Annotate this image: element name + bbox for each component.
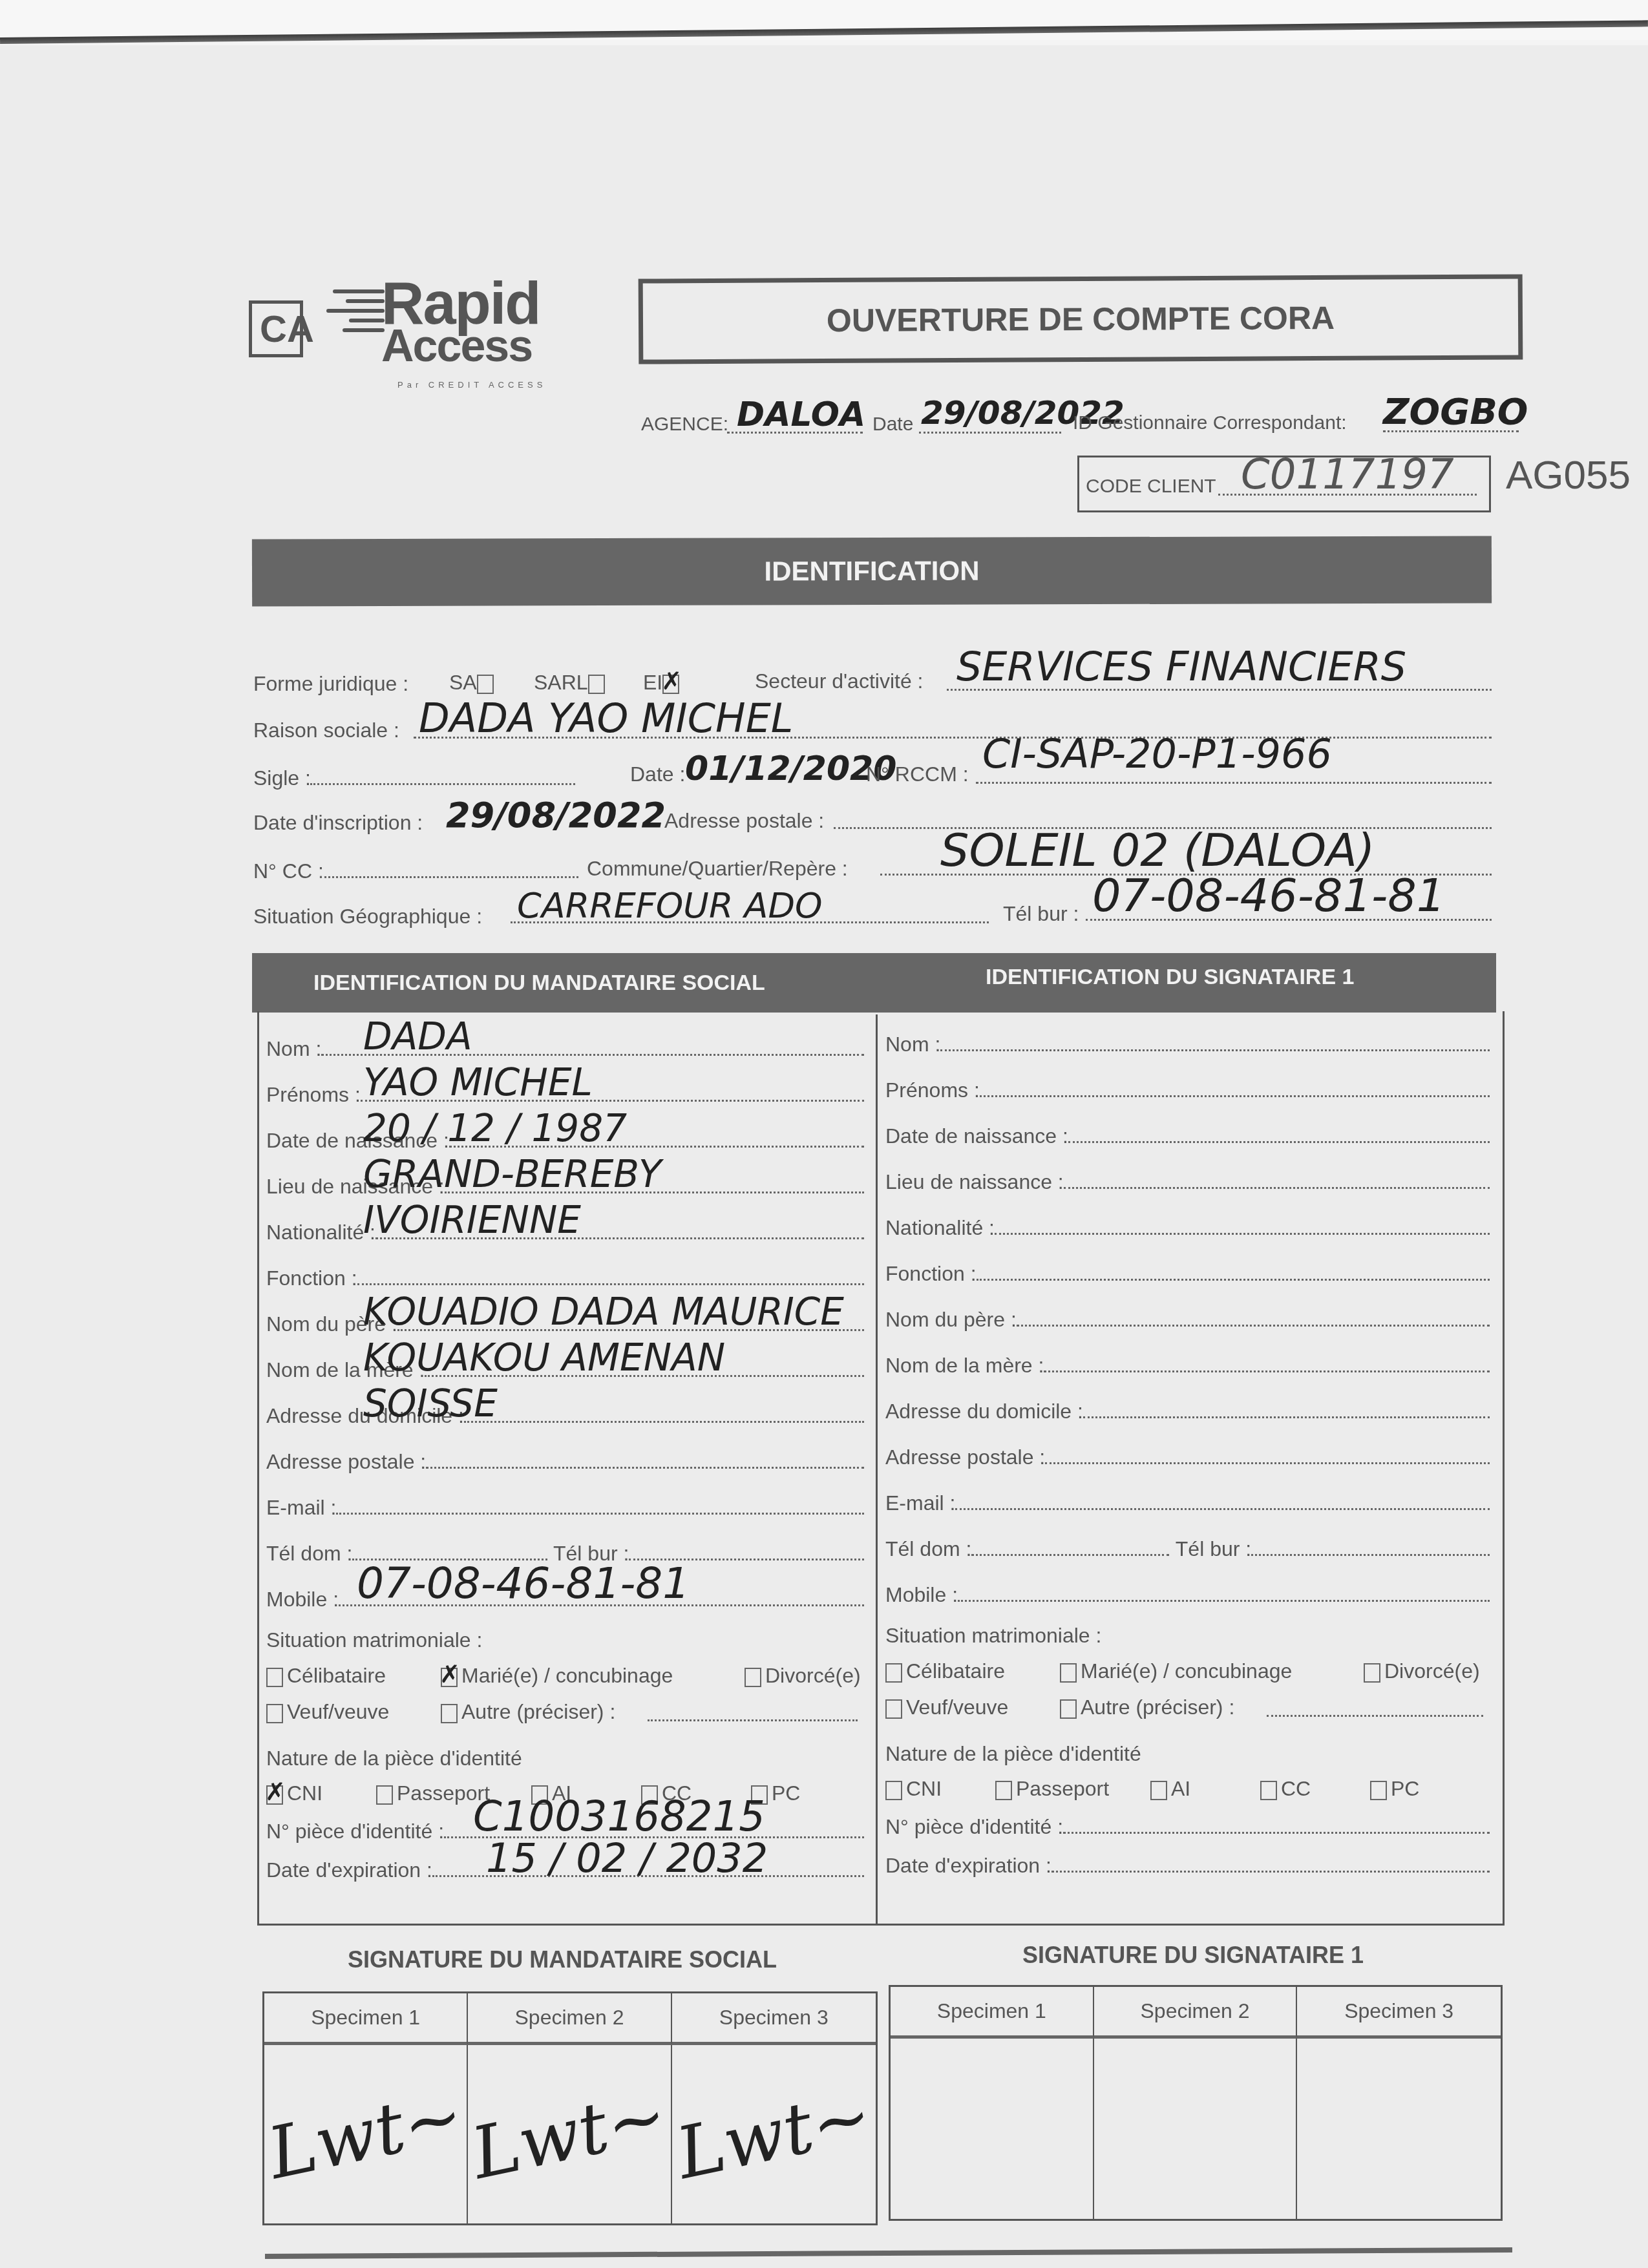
mandataire-field-label: Nom : — [266, 1037, 321, 1061]
mandataire-field-value[interactable]: IVOIRIENNE — [363, 1198, 581, 1242]
form-title: OUVERTURE DE COMPTE CORA — [827, 299, 1335, 339]
signataire-num-piece-row: N° pièce d'identité : — [885, 1800, 1490, 1839]
mandataire-field-label: Prénoms : — [266, 1083, 361, 1107]
date-inscription-field[interactable]: 29/08/2022 — [446, 795, 666, 835]
signataire-field-row: E-mail : — [885, 1476, 1490, 1515]
signataire-tel-dom[interactable]: Tél dom : — [885, 1522, 1169, 1561]
signature: Lwt~ — [261, 2074, 470, 2195]
rccm-field[interactable]: CI-SAP-20-P1-966 — [982, 730, 1332, 777]
signataire-field-label: Date de naissance : — [885, 1124, 1068, 1148]
secteur-label: Secteur d'activité : — [755, 669, 923, 693]
signataire-field-row: Nom : — [885, 1018, 1490, 1056]
mandataire-field-value[interactable]: GRAND-BEREBY — [363, 1152, 661, 1196]
mandataire-num-piece-field[interactable]: C1003168215 — [473, 1793, 765, 1841]
signataire-situation-option[interactable]: Célibataire — [885, 1659, 1005, 1683]
secteur-field[interactable]: SERVICES FINANCIERS — [956, 643, 1406, 690]
signataire-situation-option[interactable]: Divorcé(e) — [1364, 1659, 1480, 1683]
situation-geo-field[interactable]: CARREFOUR ADO — [517, 885, 823, 926]
specimen-header: Specimen 1 — [891, 1987, 1094, 2039]
identification-persons-header: IDENTIFICATION DU MANDATAIRE SOCIAL IDEN… — [252, 953, 1496, 1013]
signataire-situation-option[interactable]: Marié(e) / concubinage — [1060, 1659, 1292, 1683]
signataire-piece-option[interactable]: PC — [1370, 1777, 1419, 1801]
signature-box[interactable]: Lwt~ — [468, 2045, 671, 2223]
date-line — [919, 432, 1061, 434]
signataire-field-row: Nationalité : — [885, 1201, 1490, 1240]
code-client-box: CODE CLIENT C0117197 — [1077, 456, 1491, 512]
forme-juridique-label: Forme juridique : — [253, 672, 408, 696]
checkbox-checked-icon — [662, 675, 679, 694]
rapid-access-logo: CA Rapid Access Par CREDIT ACCESS — [249, 284, 559, 401]
gestionnaire-field[interactable]: ZOGBO — [1383, 391, 1528, 433]
gestionnaire-label: ID Gestionnaire Correspondant: — [1073, 412, 1347, 434]
specimen-header: Specimen 3 — [1297, 1987, 1501, 2039]
mandataire-situation-option[interactable]: Veuf/veuve — [266, 1700, 389, 1724]
signataire-field-label: Fonction : — [885, 1262, 977, 1286]
signataire-field-line — [1045, 1457, 1490, 1464]
checkbox-icon — [588, 675, 605, 694]
specimen-header: Specimen 2 — [1094, 1987, 1298, 2039]
signature-box[interactable]: Lwt~ — [264, 2045, 468, 2223]
mandataire-field-line — [336, 1507, 864, 1515]
checkbox-icon — [1370, 1781, 1387, 1800]
checkbox-icon — [441, 1704, 458, 1723]
signataire-specimen-table: Specimen 1Specimen 2Specimen 3 — [889, 1985, 1503, 2221]
raison-sociale-label: Raison sociale : — [253, 719, 399, 742]
signature-box[interactable] — [1094, 2039, 1298, 2219]
date-creation-label: Date : — [630, 762, 685, 786]
signataire-piece-option[interactable]: CNI — [885, 1777, 942, 1801]
signataire-field-row: Lieu de naissance : — [885, 1155, 1490, 1194]
checkbox-icon — [1060, 1699, 1077, 1719]
mandataire-situation-option[interactable]: Célibataire — [266, 1664, 386, 1688]
signataire-field-line — [1017, 1319, 1490, 1327]
signataire-field-label: Nom du père : — [885, 1308, 1017, 1332]
signataire-field-line — [940, 1044, 1490, 1051]
tel-bur-label: Tél bur : — [1003, 902, 1079, 926]
form-title-box: OUVERTURE DE COMPTE CORA — [639, 274, 1523, 364]
checkbox-icon — [745, 1668, 761, 1687]
signataire-field-label: Nom : — [885, 1033, 940, 1056]
mandataire-field-value[interactable]: SOISSE — [363, 1381, 498, 1425]
signataire-situation-option[interactable]: Autre (préciser) : — [1060, 1696, 1234, 1719]
specimen-header: Specimen 1 — [264, 1993, 468, 2045]
forme-sa-checkbox[interactable]: SA — [449, 671, 498, 695]
checkbox-icon — [885, 1699, 902, 1719]
checkbox-icon — [1364, 1663, 1380, 1683]
forme-ei-checkbox[interactable]: EI — [643, 671, 683, 695]
specimen-header: Specimen 2 — [468, 1993, 671, 2045]
signataire-situation-option[interactable]: Veuf/veuve — [885, 1696, 1008, 1719]
mandataire-situation-label: Situation matrimoniale : — [266, 1628, 482, 1652]
checkbox-icon — [266, 1704, 283, 1723]
mandataire-field-value[interactable]: YAO MICHEL — [363, 1060, 593, 1104]
rccm-label: N° RCCM : — [866, 762, 969, 786]
code-client-field[interactable]: C0117197 — [1241, 451, 1454, 499]
date-label: Date — [872, 414, 913, 436]
mandataire-specimen-table: Specimen 1Specimen 2Specimen 3Lwt~Lwt~Lw… — [262, 1991, 878, 2225]
checkbox-icon — [885, 1663, 902, 1683]
signataire-field-line — [980, 1090, 1490, 1097]
checkbox-icon — [441, 1668, 458, 1687]
signataire-field-label: Adresse postale : — [885, 1445, 1045, 1469]
signataire-field-line — [995, 1228, 1490, 1235]
signature: Lwt~ — [465, 2074, 674, 2195]
signataire-tel-bur[interactable]: Tél bur : — [1176, 1522, 1490, 1561]
signataire-piece-label: Nature de la pièce d'identité — [885, 1742, 1141, 1766]
mandataire-signature-title: SIGNATURE DU MANDATAIRE SOCIAL — [348, 1946, 777, 1973]
signataire-field-row: Adresse du domicile : — [885, 1385, 1490, 1423]
speed-lines-icon — [326, 289, 385, 341]
signataire-field-row: Fonction : — [885, 1247, 1490, 1286]
identification-header: IDENTIFICATION — [252, 536, 1492, 606]
mandataire-field-row: E-mail : — [266, 1481, 864, 1520]
mandataire-field-value[interactable]: KOUAKOU AMENAN — [363, 1336, 725, 1380]
signataire-piece-option[interactable]: Passeport — [995, 1777, 1109, 1801]
mandataire-field-label: Nationalité : — [266, 1221, 375, 1244]
situation-geo-label: Situation Géographique : — [253, 905, 482, 929]
mandataire-field-value[interactable]: KOUADIO DADA MAURICE — [363, 1290, 844, 1334]
signataire-piece-option[interactable]: AI — [1150, 1777, 1190, 1801]
mandataire-field-label: E-mail : — [266, 1496, 336, 1520]
signataire-field-line — [1068, 1136, 1490, 1143]
mandataire-field-row: Fonction : — [266, 1252, 864, 1290]
signataire-field-row: Nom du père : — [885, 1293, 1490, 1332]
signataire-field-line — [955, 1503, 1490, 1510]
mandataire-field-label: Adresse postale : — [266, 1450, 426, 1474]
mandataire-field-row: Adresse du domicile : — [266, 1389, 864, 1428]
signataire-field-line — [977, 1274, 1490, 1281]
mandataire-piece-label: Nature de la pièce d'identité — [266, 1747, 522, 1770]
signataire-autre-field[interactable] — [1267, 1715, 1483, 1717]
date-creation-field[interactable]: 01/12/2020 — [685, 750, 896, 788]
mandataire-field-value[interactable]: 20 / 12 / 1987 — [363, 1106, 627, 1150]
checkbox-icon — [1260, 1781, 1277, 1800]
signataire-field-label: Nom de la mère : — [885, 1354, 1044, 1378]
margin-note: AG055 — [1506, 452, 1631, 498]
forme-sarl-checkbox[interactable]: SARL — [534, 671, 609, 695]
signature-box[interactable] — [891, 2039, 1094, 2219]
raison-sociale-field[interactable]: DADA YAO MICHEL — [419, 695, 793, 742]
signataire-field-row: Date de naissance : — [885, 1109, 1490, 1148]
signature: Lwt~ — [670, 2074, 879, 2195]
rccm-line — [976, 782, 1492, 784]
mandataire-field-row: Nom : — [266, 1022, 864, 1061]
signataire-field-line — [1083, 1411, 1490, 1418]
commune-label: Commune/Quartier/Repère : — [587, 857, 848, 881]
checkbox-icon — [376, 1785, 393, 1805]
mandataire-autre-field[interactable] — [648, 1719, 858, 1721]
signature-box[interactable]: Lwt~ — [672, 2045, 876, 2223]
checkbox-icon — [266, 1785, 283, 1805]
signataire-situation-label: Situation matrimoniale : — [885, 1624, 1101, 1648]
code-client-label: CODE CLIENT — [1086, 476, 1216, 498]
ncc-field[interactable] — [320, 876, 578, 878]
checkbox-icon — [266, 1668, 283, 1687]
signataire-field-label: E-mail : — [885, 1491, 955, 1515]
signataire-field-label: Prénoms : — [885, 1078, 980, 1102]
agence-label: AGENCE: — [641, 414, 728, 436]
ncc-label: N° CC : — [253, 859, 324, 883]
checkbox-icon — [1150, 1781, 1167, 1800]
signataire-mobile-row: Mobile : — [885, 1568, 1490, 1607]
checkbox-icon — [995, 1781, 1012, 1800]
signataire-field-line — [1064, 1182, 1490, 1189]
mandataire-field-value[interactable]: DADA — [363, 1014, 472, 1058]
adresse-postale-label: Adresse postale : — [664, 809, 824, 833]
specimen-header: Specimen 3 — [672, 1993, 876, 2045]
signataire-field-row: Prénoms : — [885, 1064, 1490, 1102]
mandataire-section-title: IDENTIFICATION DU MANDATAIRE SOCIAL — [313, 971, 765, 996]
signataire-field-label: Adresse du domicile : — [885, 1400, 1083, 1423]
signataire-expiration-row: Date d'expiration : — [885, 1839, 1490, 1878]
sigle-field[interactable] — [310, 783, 575, 785]
signataire-field-label: Nationalité : — [885, 1216, 995, 1240]
mandataire-piece-option[interactable]: CNI — [266, 1781, 322, 1805]
checkbox-icon — [477, 675, 494, 694]
brand-tagline: Par CREDIT ACCESS — [397, 380, 546, 390]
mandataire-field-line — [357, 1278, 864, 1285]
mandataire-field-line — [464, 1416, 864, 1423]
mandataire-mobile-field[interactable]: 07-08-46-81-81 — [357, 1559, 690, 1608]
signataire-signature-title: SIGNATURE DU SIGNATAIRE 1 — [1022, 1942, 1364, 1969]
signataire-field-row: Adresse postale : — [885, 1431, 1490, 1469]
signataire-field-line — [1044, 1365, 1490, 1372]
signataire-section-title: IDENTIFICATION DU SIGNATAIRE 1 — [986, 965, 1354, 990]
signataire-piece-option[interactable]: CC — [1260, 1777, 1311, 1801]
signature-box[interactable] — [1297, 2039, 1501, 2219]
checkbox-icon — [1060, 1663, 1077, 1683]
mandataire-expiration-field[interactable]: 15 / 02 / 2032 — [486, 1834, 768, 1882]
date-inscription-label: Date d'inscription : — [253, 811, 423, 835]
brand-access: Access — [381, 320, 532, 372]
signataire-field-label: Lieu de naissance : — [885, 1170, 1064, 1194]
mandataire-field-line — [426, 1462, 864, 1469]
sigle-label: Sigle : — [253, 766, 311, 790]
tel-bur-field[interactable]: 07-08-46-81-81 — [1092, 869, 1445, 922]
credit-access-monogram-icon: CA — [249, 300, 303, 357]
signataire-field-row: Nom de la mère : — [885, 1339, 1490, 1378]
agence-field[interactable]: DALOA — [737, 395, 865, 434]
mandataire-situation-option[interactable]: Autre (préciser) : — [441, 1700, 615, 1724]
mandataire-situation-option[interactable]: Marié(e) / concubinage — [441, 1664, 673, 1688]
mandataire-situation-option[interactable]: Divorcé(e) — [745, 1664, 861, 1688]
mandataire-field-label: Fonction : — [266, 1266, 357, 1290]
column-divider — [876, 1014, 878, 1926]
checkbox-icon — [885, 1781, 902, 1800]
mandataire-field-row: Adresse postale : — [266, 1435, 864, 1474]
